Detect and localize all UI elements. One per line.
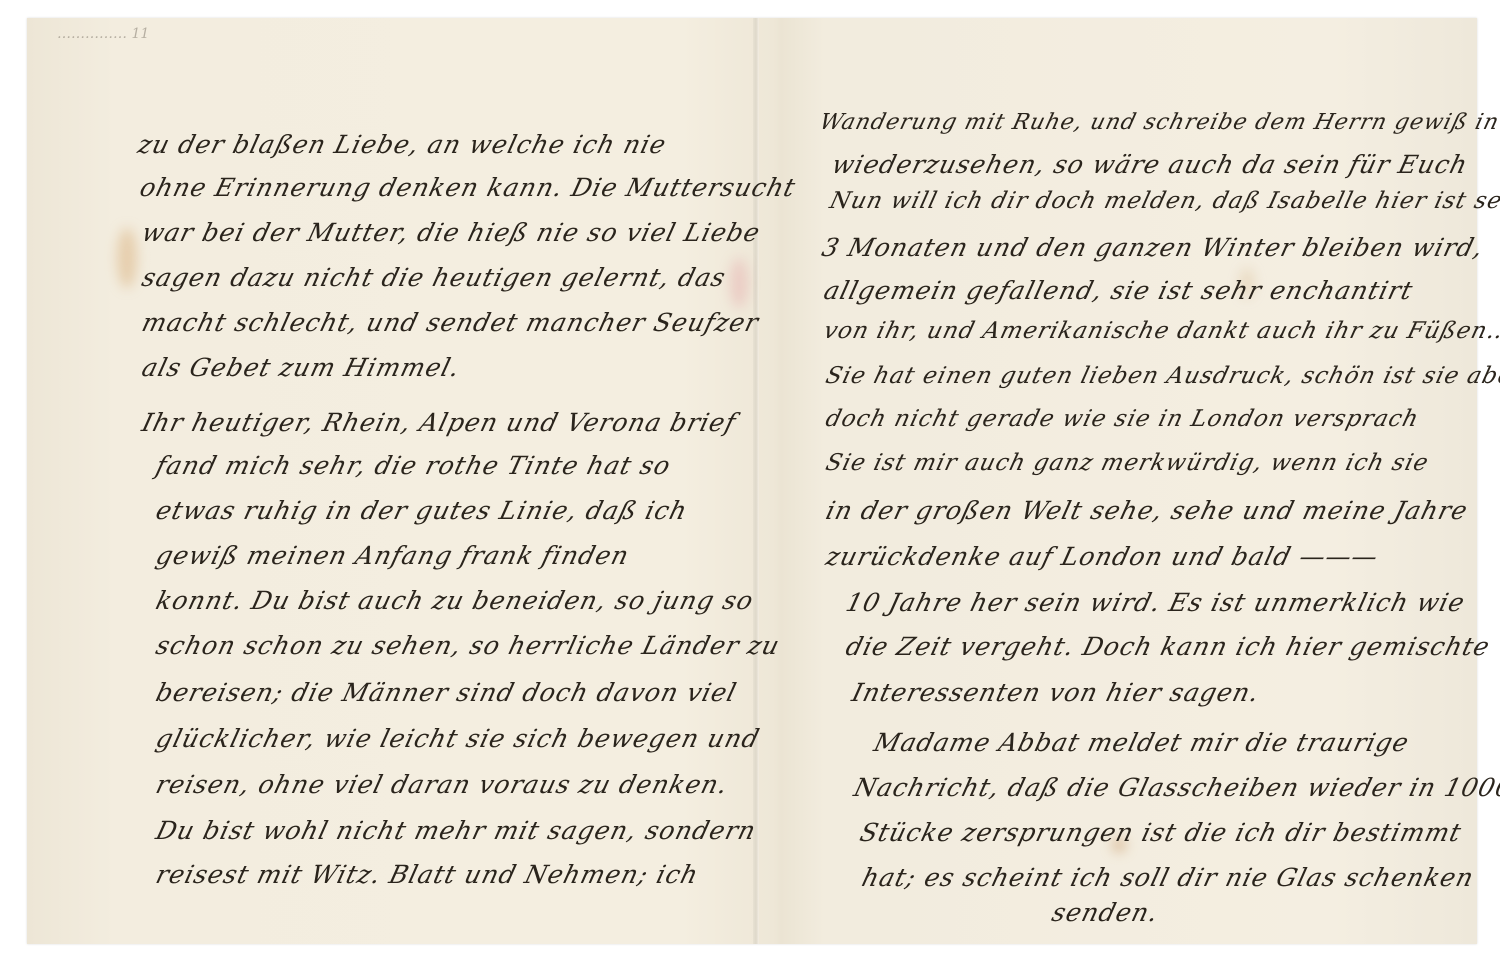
- right-page: Wanderung mit Ruhe, und schreibe dem Her…: [759, 18, 1477, 944]
- handwritten-line: schon schon zu sehen, so herrliche Lände…: [153, 631, 783, 660]
- handwritten-line: etwas ruhig in der gutes Linie, daß ich: [153, 496, 691, 525]
- handwritten-line: 3 Monaten und den ganzen Winter bleiben …: [819, 233, 1487, 262]
- handwritten-line: hat; es scheint ich soll dir nie Glas sc…: [859, 863, 1477, 892]
- handwritten-line: 10 Jahre her sein wird. Es ist unmerklic…: [843, 588, 1468, 617]
- handwritten-line: Du bist wohl nicht mehr mit sagen, sonde…: [153, 816, 759, 845]
- handwritten-line: war bei der Mutter, die hieß nie so viel…: [139, 218, 764, 247]
- handwritten-line: zurückdenke auf London und bald ———: [823, 542, 1382, 571]
- handwritten-line: konnt. Du bist auch zu beneiden, so jung…: [153, 586, 757, 615]
- handwritten-line: Interessenten von hier sagen.: [849, 678, 1263, 707]
- handwritten-line: Nachricht, daß die Glasscheiben wieder i…: [851, 773, 1500, 802]
- handwritten-line: gewiß meinen Anfang frank finden: [153, 541, 632, 570]
- handwritten-line: reisest mit Witz. Blatt und Nehmen; ich: [153, 860, 702, 889]
- left-page: zu der blaßen Liebe, an welche ich nie o…: [27, 18, 753, 944]
- handwritten-line: glücklicher, wie leicht sie sich bewegen…: [153, 724, 763, 753]
- handwritten-line: die Zeit vergeht. Doch kann ich hier gem…: [843, 632, 1493, 661]
- handwritten-line: macht schlecht, und sendet mancher Seufz…: [139, 308, 762, 337]
- handwritten-line: Nun will ich dir doch melden, daß Isabel…: [827, 188, 1500, 214]
- handwritten-line: Stücke zersprungen ist die ich dir besti…: [857, 818, 1465, 847]
- handwritten-line: von ihr, und Amerikanische dankt auch ih…: [821, 318, 1500, 344]
- handwritten-line: in der großen Welt sehe, sehe und meine …: [823, 496, 1471, 525]
- handwritten-line: Wanderung mit Ruhe, und schreibe dem Her…: [817, 110, 1500, 135]
- handwritten-line: doch nicht gerade wie sie in London vers…: [823, 406, 1422, 432]
- letter-sheet: …………… 11 zu der blaßen Liebe, an welche …: [27, 18, 1477, 944]
- handwritten-line: allgemein gefallend, sie ist sehr enchan…: [821, 276, 1416, 305]
- handwritten-line: senden.: [1049, 898, 1162, 927]
- handwritten-line: zu der blaßen Liebe, an welche ich nie: [135, 130, 670, 159]
- handwritten-line: ohne Erinnerung denken kann. Die Mutters…: [137, 173, 799, 202]
- handwritten-line: als Gebet zum Himmel.: [139, 353, 463, 382]
- handwritten-line: Madame Abbat meldet mir die traurige: [871, 728, 1412, 757]
- handwritten-line: fand mich sehr, die rothe Tinte hat so: [153, 451, 674, 480]
- handwritten-line: bereisen; die Männer sind doch davon vie…: [153, 678, 740, 707]
- handwritten-line: Sie hat einen guten lieben Ausdruck, sch…: [823, 363, 1500, 389]
- handwritten-line: reisen, ohne viel daran voraus zu denken…: [153, 770, 731, 799]
- handwritten-line: wiederzusehen, so wäre auch da sein für …: [829, 150, 1471, 179]
- handwritten-line: Sie ist mir auch ganz merkwürdig, wenn i…: [823, 450, 1432, 476]
- handwritten-line: sagen dazu nicht die heutigen gelernt, d…: [139, 263, 729, 292]
- handwritten-line: Ihr heutiger, Rhein, Alpen und Verona br…: [139, 408, 739, 437]
